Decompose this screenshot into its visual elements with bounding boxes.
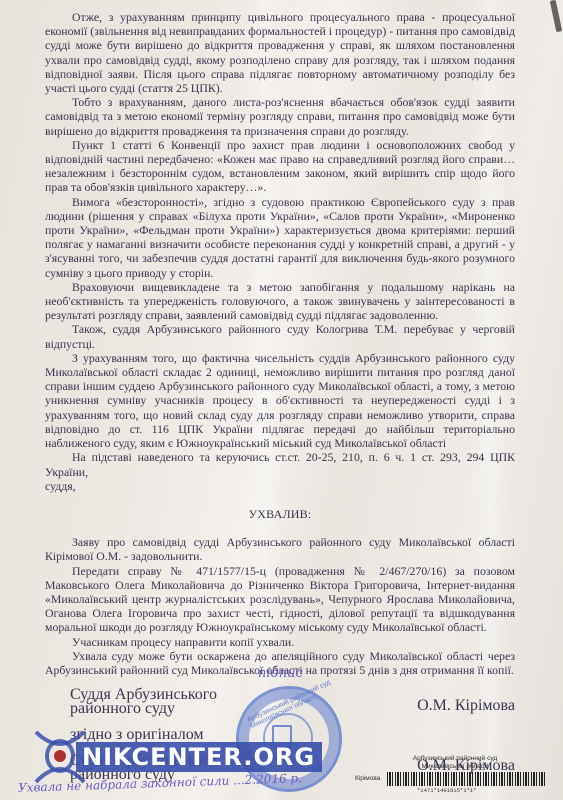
resolution-item: Учасникам процесу направити копії ухвали… bbox=[45, 635, 515, 649]
document-page: Отже, з урахуванням принципу цивільного … bbox=[0, 0, 563, 800]
corner-mark bbox=[550, 0, 563, 32]
resolution-item: Заяву про самовідвід судді Арбузинського… bbox=[45, 535, 515, 563]
barcode-court: Арбузинський районний суд Миколаївської … bbox=[395, 755, 515, 771]
paragraph: Враховуючи вищевикладене та з метою запо… bbox=[45, 280, 515, 323]
paragraph: Пункт 1 статті 6 Конвенції про захист пр… bbox=[45, 138, 515, 195]
ruling-heading: УХВАЛИВ: bbox=[45, 507, 515, 521]
resolution-item: Передати справу № 471/1577/15-ц (провадж… bbox=[45, 564, 515, 635]
watermark-text: NIKCENTER.ORG bbox=[76, 742, 322, 772]
barcode-icon bbox=[387, 772, 547, 786]
barcode-court-line: Арбузинський районний суд bbox=[395, 755, 515, 763]
barcode-court-line: Миколаївської області bbox=[395, 763, 515, 771]
paragraph: Також, суддя Арбузинського районного суд… bbox=[45, 322, 515, 350]
watermark-logo: NIKCENTER.ORG bbox=[28, 728, 328, 788]
handwritten-signature: підпис bbox=[258, 666, 303, 681]
judge-title-line: районного суду bbox=[70, 702, 217, 716]
judge-title-1: Суддя Арбузинського районного суду bbox=[70, 688, 217, 716]
document-body: Отже, з урахуванням принципу цивільного … bbox=[45, 10, 515, 677]
paragraph: Тобто з врахуванням, даного листа-роз'яс… bbox=[45, 95, 515, 138]
paragraph: З урахуванням того, що фактична чисельні… bbox=[45, 351, 515, 450]
paragraph: Отже, з урахуванням принципу цивільного … bbox=[45, 10, 515, 95]
judge-name-1: О.М. Кірімова bbox=[417, 697, 515, 715]
judge-word: суддя, bbox=[45, 479, 515, 493]
paragraph: На підставі наведеного та керуючись ст.с… bbox=[45, 450, 515, 478]
paragraph: Вимога «безсторонності», згідно з судово… bbox=[45, 195, 515, 280]
barcode-name: Кірімова bbox=[355, 775, 380, 782]
barcode-label: Арбузинський районний суд Миколаївської … bbox=[355, 755, 550, 795]
barcode-number: *1471*1401915*1*1* bbox=[417, 787, 476, 794]
